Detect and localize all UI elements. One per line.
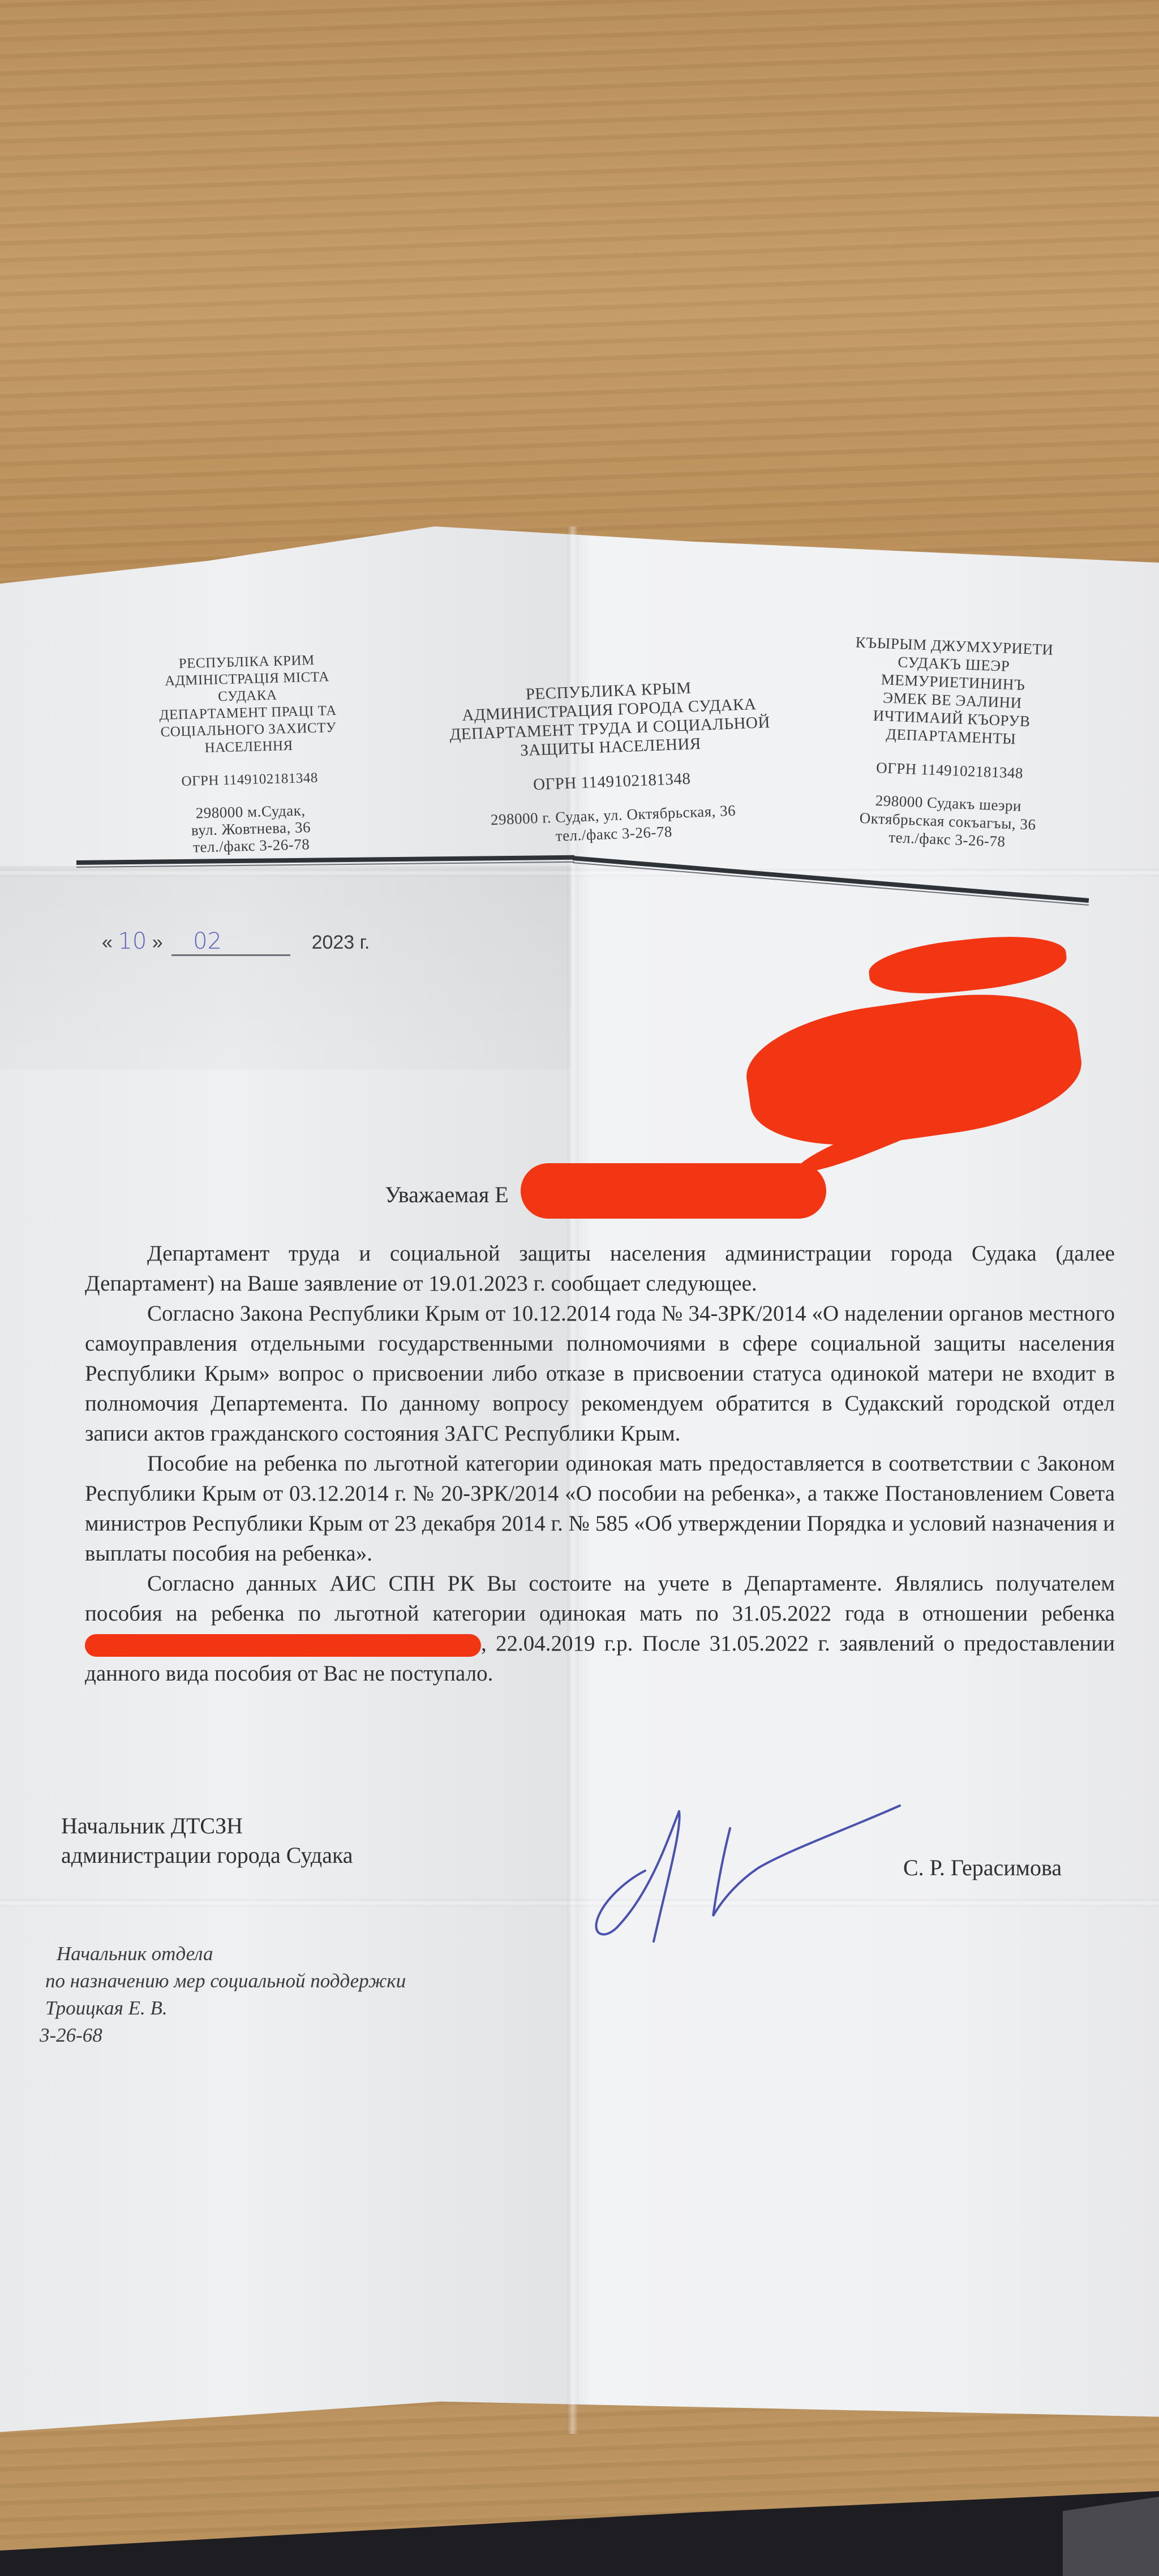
signatory-position: Начальник ДТСЗН администрации города Суд… xyxy=(61,1811,353,1870)
letterhead-title: КЪЫРЫМ ДЖУМХУРИЕТИ СУДАКЪ ШЕЭР МЕМУРИЕТИ… xyxy=(792,631,1113,751)
horizontal-fold-crease xyxy=(0,1899,1159,1907)
ogrn-number: ОГРН 1149102181348 xyxy=(419,765,805,799)
date-month-handwritten: 02 xyxy=(193,928,222,954)
letter-date: « 10 » 02 2023 г. xyxy=(102,928,370,956)
signatory-name: С. Р. Герасимова xyxy=(903,1854,1062,1881)
letterhead-crimean-tatar: КЪЫРЫМ ДЖУМХУРИЕТИ СУДАКЪ ШЕЭР МЕМУРИЕТИ… xyxy=(788,631,1113,854)
date-month-blank: 02 xyxy=(171,928,290,956)
letterhead-address: 298000 м.Судак, вул. Жовтнева, 36 тел./ф… xyxy=(131,800,370,857)
paragraph: Пособие на ребенка по льготной категории… xyxy=(85,1448,1115,1568)
horizontal-fold-crease xyxy=(0,869,1159,877)
letterhead-title: РЕСПУБЛИКА КРЫМ АДМИНИСТРАЦИЯ ГОРОДА СУД… xyxy=(416,675,804,764)
executor-note: Начальник отдела по назначению мер социа… xyxy=(45,1940,406,2049)
redaction-mark xyxy=(521,1163,826,1219)
handwritten-signature xyxy=(583,1794,945,1947)
redacted-child-name xyxy=(85,1634,481,1657)
letterhead-ukrainian: РЕСПУБЛІКА КРИМ АДМІНІСТРАЦІЯ МІСТА СУДА… xyxy=(127,651,370,858)
ogrn-number: ОГРН 1149102181348 xyxy=(791,755,1109,785)
letterhead-russian: РЕСПУБЛИКА КРЫМ АДМИНИСТРАЦИЯ ГОРОДА СУД… xyxy=(416,675,806,851)
paper-shadow xyxy=(0,866,572,1070)
paragraph: Департамент труда и социальной защиты на… xyxy=(85,1238,1115,1298)
letterhead-title: РЕСПУБЛІКА КРИМ АДМІНІСТРАЦІЯ МІСТА СУДА… xyxy=(127,651,368,759)
ogrn-number: ОГРН 1149102181348 xyxy=(131,768,369,791)
paragraph: Согласно данных АИС СПН РК Вы состоите н… xyxy=(85,1568,1115,1688)
salutation: Уважаемая Е xyxy=(385,1181,509,1208)
letter-body: Департамент труда и социальной защиты на… xyxy=(85,1238,1115,1688)
paragraph: Согласно Закона Республики Крым от 10.12… xyxy=(85,1298,1115,1448)
date-day-handwritten: 10 xyxy=(118,928,147,954)
date-year: 2023 г. xyxy=(312,932,370,953)
